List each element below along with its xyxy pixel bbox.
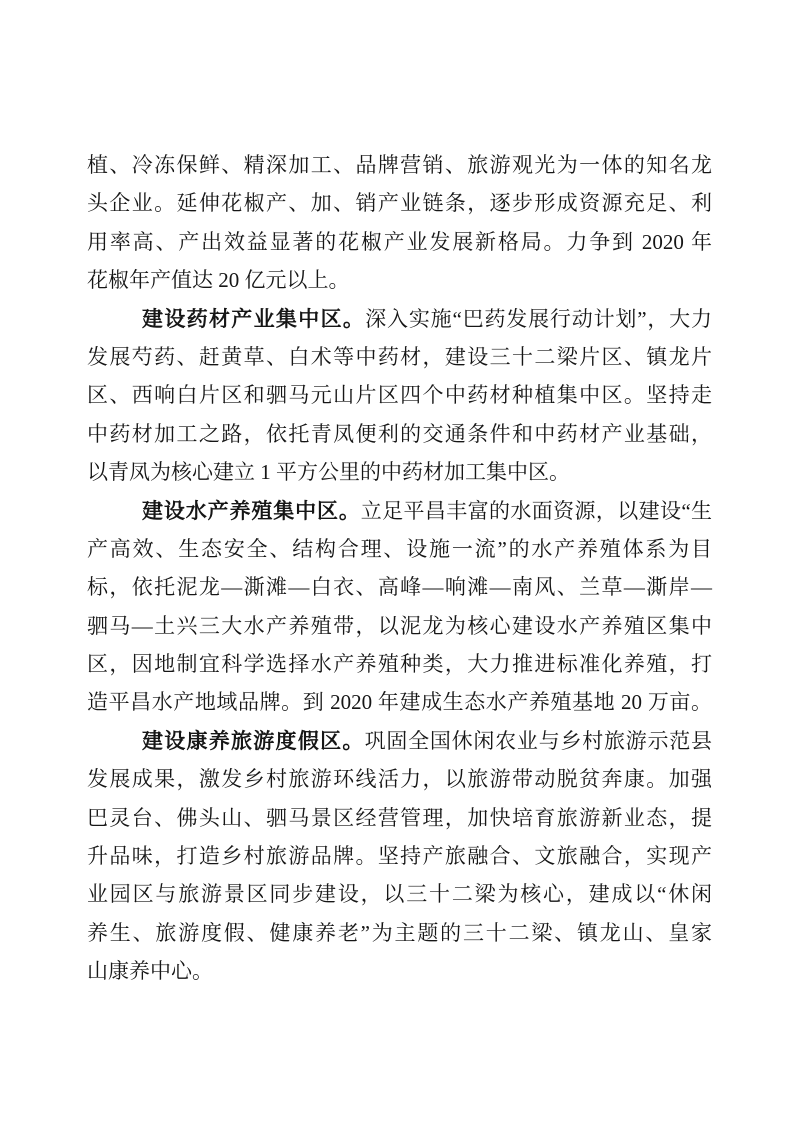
text-line: 区，因地制宜科学选择水产养殖种类，大力推进标准化养殖，打 (87, 645, 712, 683)
paragraph-heading: 建设康养旅游度假区。 (142, 729, 365, 753)
text-line: 建设康养旅游度假区。巩固全国休闲农业与乡村旅游示范县 (87, 722, 712, 760)
text-line: 区、西响白片区和驷马元山片区四个中药材种植集中区。坚持走 (87, 376, 712, 414)
text-line: 养生、旅游度假、健康养老”为主题的三十二梁、镇龙山、皇家 (87, 914, 712, 952)
text-line: 产高效、生态安全、结构合理、设施一流”的水产养殖体系为目 (87, 530, 712, 568)
text-run: 深入实施“巴药发展行动计划”，大力 (365, 307, 712, 331)
text-line: 发展芍药、赶黄草、白术等中药材，建设三十二梁片区、镇龙片 (87, 338, 712, 376)
text-line: 驷马—土兴三大水产养殖带，以泥龙为核心建设水产养殖区集中 (87, 607, 712, 645)
paragraph: 建设水产养殖集中区。立足平昌丰富的水面资源，以建设“生 产高效、生态安全、结构合… (87, 492, 712, 722)
text-line: 花椒年产值达 20 亿元以上。 (87, 261, 712, 299)
text-line: 业园区与旅游景区同步建设，以三十二梁为核心，建成以“休闲 (87, 875, 712, 913)
text-run: 立足平昌丰富的水面资源，以建设“生 (361, 499, 712, 523)
text-line: 中药材加工之路，依托青凤便利的交通条件和中药材产业基础， (87, 415, 712, 453)
text-line: 以青凤为核心建立 1 平方公里的中药材加工集中区。 (87, 453, 712, 491)
paragraph: 建设康养旅游度假区。巩固全国休闲农业与乡村旅游示范县 发展成果，激发乡村旅游环线… (87, 722, 712, 991)
paragraph-heading: 建设水产养殖集中区。 (142, 499, 361, 523)
text-line: 建设药材产业集中区。深入实施“巴药发展行动计划”，大力 (87, 300, 712, 338)
text-line: 标，依托泥龙—澌滩—白衣、高峰—响滩—南风、兰草—澌岸— (87, 568, 712, 606)
text-line: 发展成果，激发乡村旅游环线活力，以旅游带动脱贫奔康。加强 (87, 760, 712, 798)
text-line: 升品味，打造乡村旅游品牌。坚持产旅融合、文旅融合，实现产 (87, 837, 712, 875)
text-line: 头企业。延伸花椒产、加、销产业链条，逐步形成资源充足、利 (87, 184, 712, 222)
text-run: 巩固全国休闲农业与乡村旅游示范县 (365, 729, 712, 753)
document-text-block: 植、冷冻保鲜、精深加工、品牌营销、旅游观光为一体的知名龙 头企业。延伸花椒产、加… (87, 146, 712, 991)
text-line: 建设水产养殖集中区。立足平昌丰富的水面资源，以建设“生 (87, 492, 712, 530)
paragraph-heading: 建设药材产业集中区。 (142, 307, 365, 331)
paragraph: 植、冷冻保鲜、精深加工、品牌营销、旅游观光为一体的知名龙 头企业。延伸花椒产、加… (87, 146, 712, 300)
text-line: 巴灵台、佛头山、驷马景区经营管理，加快培育旅游新业态，提 (87, 799, 712, 837)
paragraph: 建设药材产业集中区。深入实施“巴药发展行动计划”，大力 发展芍药、赶黄草、白术等… (87, 300, 712, 492)
text-line: 山康养中心。 (87, 952, 712, 990)
text-line: 植、冷冻保鲜、精深加工、品牌营销、旅游观光为一体的知名龙 (87, 146, 712, 184)
document-page: 植、冷冻保鲜、精深加工、品牌营销、旅游观光为一体的知名龙 头企业。延伸花椒产、加… (0, 0, 793, 1122)
text-line: 造平昌水产地域品牌。到 2020 年建成生态水产养殖基地 20 万亩。 (87, 683, 712, 721)
text-line: 用率高、产出效益显著的花椒产业发展新格局。力争到 2020 年 (87, 223, 712, 261)
